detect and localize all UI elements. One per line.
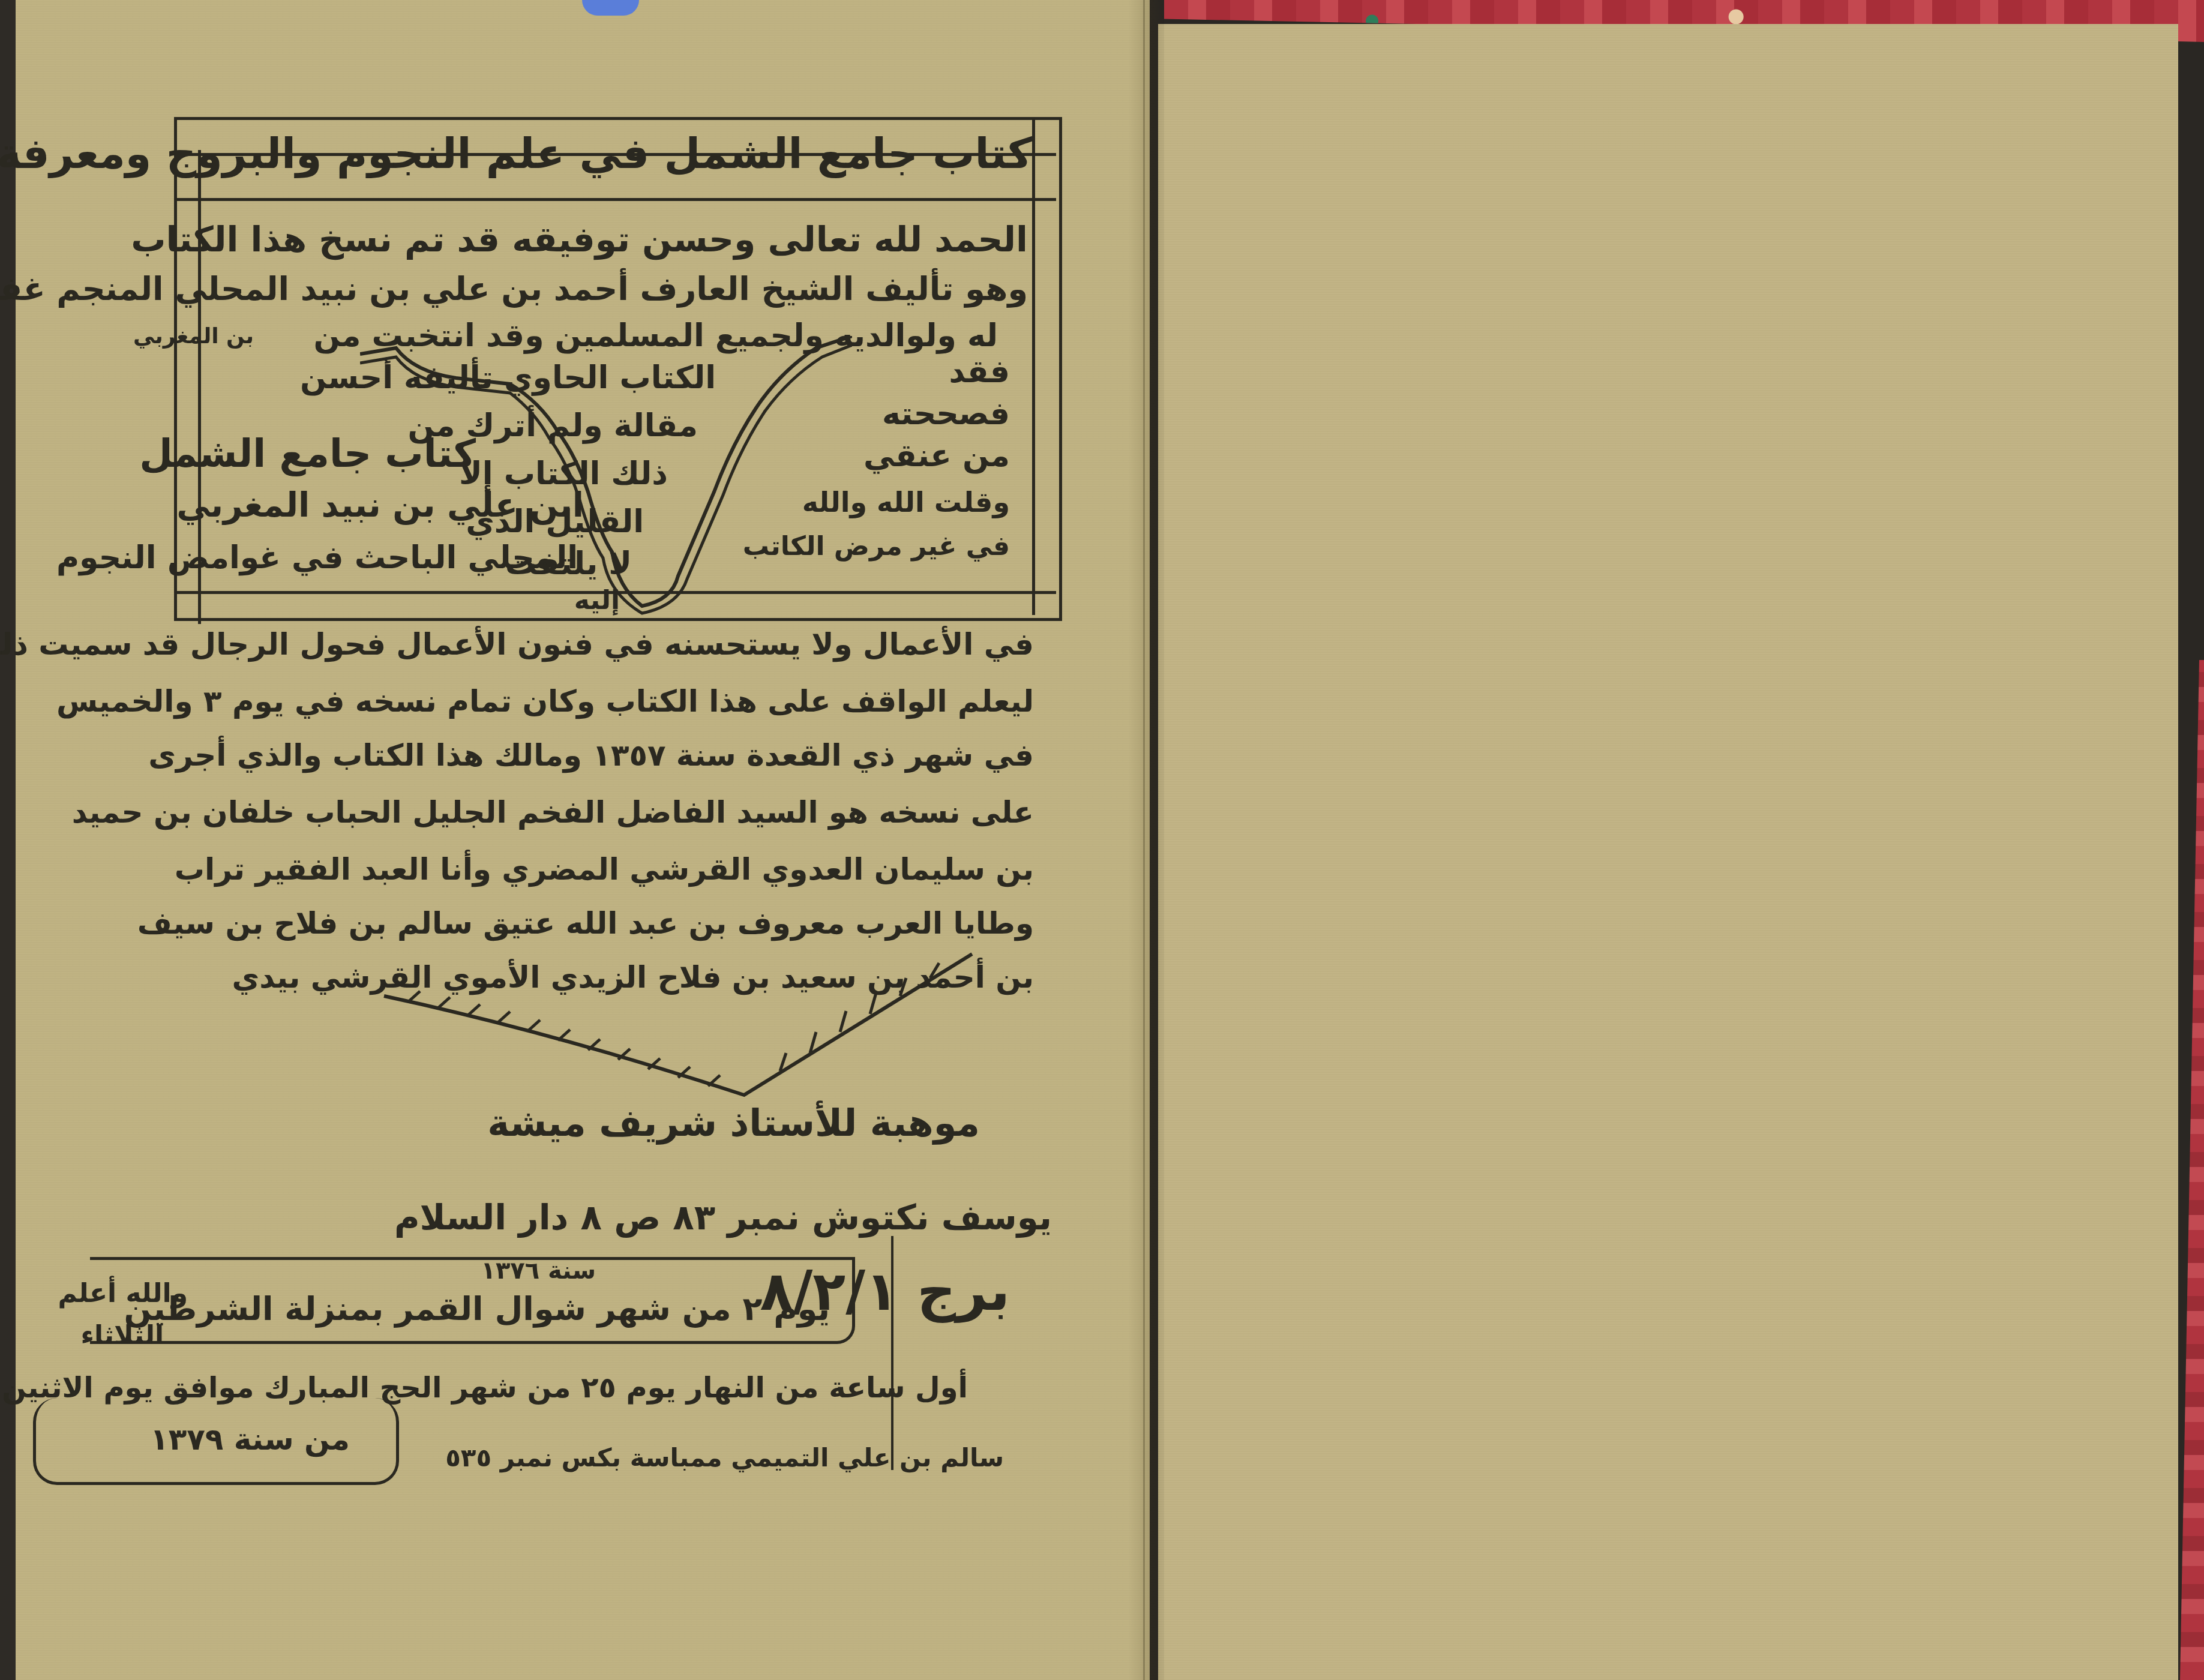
colophon-line-2: وهو تأليف الشيخ العارف أحمد بن علي بن نب… (0, 270, 1028, 308)
manuscript-spread: كتاب جامع الشمل في علم النجوم والبروج وم… (0, 0, 2204, 1680)
right-column-line-5: في غير مرض الكاتب (743, 531, 1010, 562)
body-line-4: على نسخه هو السيد الفاضل الفخم الجليل ال… (72, 795, 1034, 830)
vertical-divider-rule (891, 1236, 893, 1470)
date-note: يوم ٢ من شهر شوال القمر بمنزلة الشرطين (124, 1290, 830, 1328)
right-column-line-2: فصححته (882, 396, 1010, 432)
margin-note-left: والله أعلم (58, 1278, 188, 1309)
inner-block-title: كتاب جامع الشمل (139, 432, 476, 476)
inner-block-subtitle: المحلي الباحث في غوامض النجوم (56, 540, 578, 576)
body-line-2: ليعلم الواقف على هذا الكتاب وكان تمام نس… (56, 684, 1034, 719)
frame-margin-note: بن المغربي (133, 324, 254, 349)
hour-note: أول ساعة من النهار يوم ٢٥ من شهر الحج ال… (0, 1371, 968, 1405)
right-column-line-1: فقد (949, 354, 1010, 390)
colophon-line-9: إليه (574, 585, 620, 616)
right-column-line-4: وقلت الله والله (802, 486, 1010, 518)
title-rule-bottom (174, 198, 1056, 201)
chevron-tail-ornament (372, 942, 1032, 1110)
address-note: يوسف نكتوش نمبر ٨٣ ص ٨ دار السلام (394, 1197, 1052, 1238)
body-line-3: في شهر ذي القعدة سنة ١٣٥٧ ومالك هذا الكت… (148, 738, 1034, 773)
colophon-line-4: الكتاب الحاوي تأليفه أحسن (300, 360, 716, 396)
body-line-5: بن سليمان العدوي القرشي المضري وأنا العب… (175, 852, 1034, 887)
ownership-note: موهبة للأستاذ شريف ميشة (487, 1101, 980, 1145)
body-line-6: وطايا العرب معروف بن عبد الله عتيق سالم … (137, 906, 1034, 941)
cover-pattern-right (2180, 660, 2204, 1680)
year-label-2: من سنة ١٣٧٩ (150, 1422, 350, 1457)
manuscript-title: كتاب جامع الشمل في علم النجوم والبروج وم… (192, 129, 1032, 178)
gutter-fold (1143, 0, 1145, 1680)
signature-note: سالم بن علي التميمي ممباسة بكس نمبر ٥٣٥ (445, 1443, 1004, 1472)
side-mark: برج ٨/٢/١ (760, 1260, 1010, 1323)
year-label: سنة ١٣٧٦ (481, 1257, 596, 1285)
margin-note-left-2: الثلاثاء (80, 1320, 164, 1351)
inner-block-author: ابن علي بن نبيد المغربي (176, 486, 584, 525)
scanner-edge (0, 0, 16, 1680)
blue-clip (582, 0, 639, 16)
right-page-blank (1158, 24, 2178, 1680)
body-line-1: في الأعمال ولا يستحسنه في فنون الأعمال ف… (0, 627, 1034, 662)
colophon-line-1: الحمد لله تعالى وحسن توفيقه قد تم نسخ هذ… (131, 219, 1028, 260)
right-column-line-3: من عنقي (863, 438, 1010, 474)
gutter-shadow (1128, 0, 1164, 1680)
frame-inner-rule-right (1032, 117, 1035, 615)
